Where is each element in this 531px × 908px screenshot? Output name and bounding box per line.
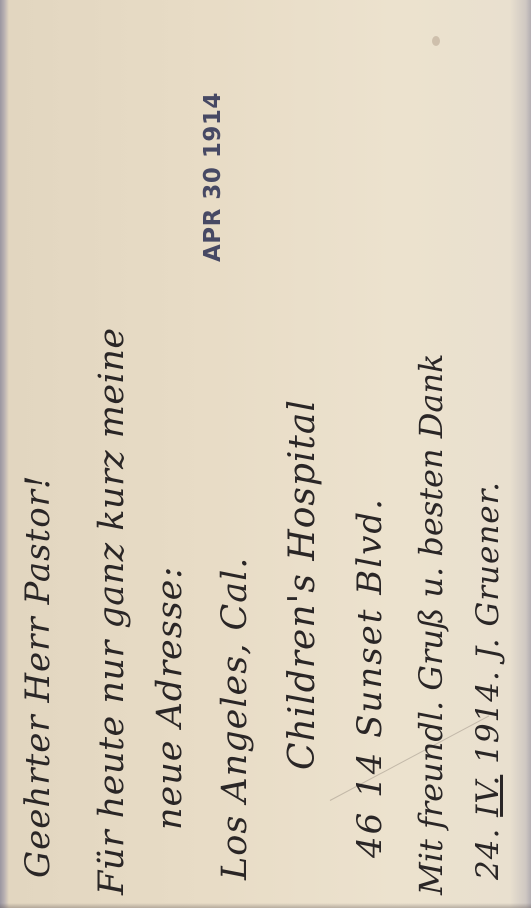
- date-day: 24.: [470, 828, 506, 880]
- date-received-stamp: APR 30 1914: [200, 92, 226, 262]
- card-bottom-edge: [0, 903, 531, 908]
- closing-line: Mit freundl. Gruß u. besten Dank: [412, 353, 450, 895]
- postcard: Geehrter Herr Pastor! Für heute nur ganz…: [0, 0, 531, 908]
- message-line-2: neue Adresse:: [150, 566, 190, 830]
- date-signature-line: 24. IV. 1914. J. Gruener.: [470, 481, 506, 880]
- address-street-line: 46 14 Sunset Blvd.: [350, 497, 390, 858]
- date-year: 1914.: [470, 670, 506, 764]
- paper-stain: [432, 36, 440, 46]
- salutation-line: Geehrter Herr Pastor!: [18, 474, 58, 878]
- address-institution-line: Children's Hospital: [282, 399, 323, 770]
- address-city-line: Los Angeles, Cal.: [215, 557, 255, 880]
- date-month: IV.: [470, 775, 506, 817]
- message-line-1: Für heute nur ganz kurz meine: [92, 327, 132, 895]
- signature: J. Gruener.: [470, 481, 506, 659]
